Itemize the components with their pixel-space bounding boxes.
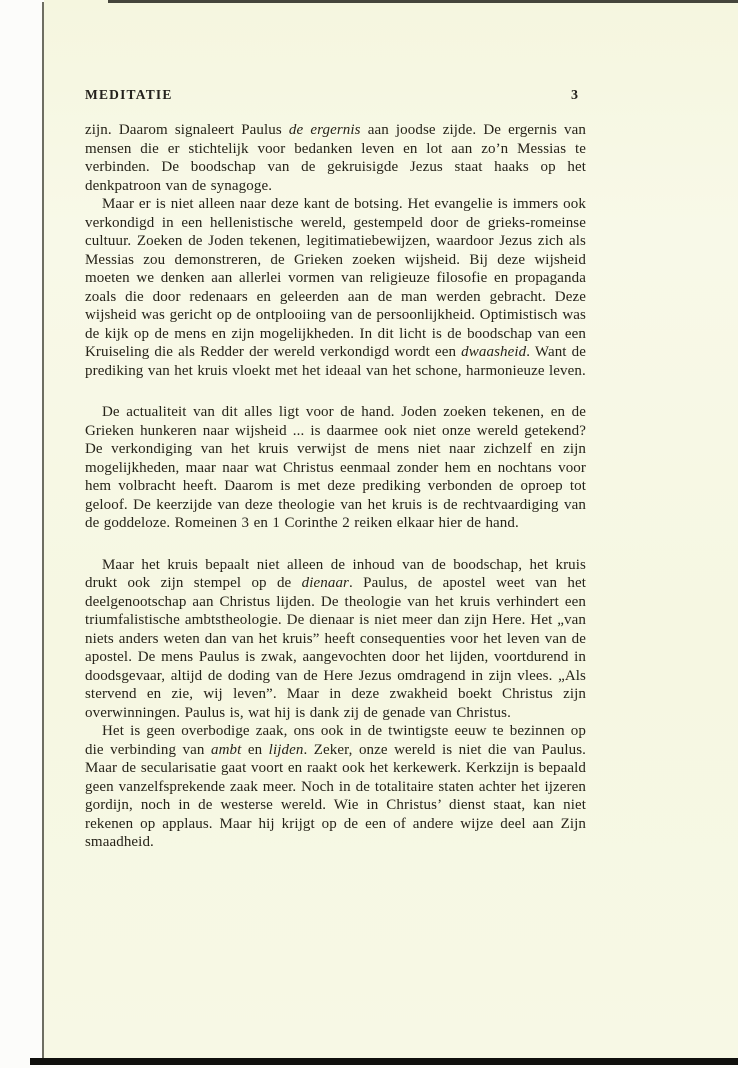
- emphasized-text: dwaasheid: [461, 344, 526, 360]
- running-title: MEDITATIE: [85, 87, 173, 103]
- paragraph: De actualiteit van dit alles ligt voor d…: [85, 403, 586, 533]
- page-gutter-edge-line: [42, 2, 44, 1060]
- paragraph: Maar het kruis bepaalt niet alleen de in…: [85, 556, 586, 723]
- body-text: en: [241, 742, 268, 758]
- page-number: 3: [571, 88, 578, 104]
- emphasized-text: de ergernis: [289, 122, 361, 138]
- emphasized-text: dienaar: [302, 575, 349, 591]
- scanned-book-page: MEDITATIE 3 zijn. Daarom signaleert Paul…: [0, 0, 738, 1068]
- body-text: De actualiteit van dit alles ligt voor d…: [85, 404, 586, 531]
- body-text: Maar er is niet alleen naar deze kant de…: [85, 196, 586, 360]
- body-text: zijn. Daarom signaleert Paulus: [85, 122, 289, 138]
- page-content: MEDITATIE 3 zijn. Daarom signaleert Paul…: [85, 0, 586, 852]
- paragraph: Het is geen overbodige zaak, ons ook in …: [85, 722, 586, 852]
- body-text: . Paulus, de apostel weet van het deelge…: [85, 575, 586, 721]
- text-block: zijn. Daarom signaleert Paulus de ergern…: [85, 121, 586, 852]
- scan-left-margin: [0, 0, 43, 1068]
- paragraph: Maar er is niet alleen naar deze kant de…: [85, 195, 586, 380]
- emphasized-text: lijden: [269, 742, 304, 758]
- page-bottom-edge-bar: [30, 1058, 738, 1065]
- paragraph: zijn. Daarom signaleert Paulus de ergern…: [85, 121, 586, 195]
- emphasized-text: ambt: [211, 742, 241, 758]
- page-header: MEDITATIE 3: [85, 87, 586, 104]
